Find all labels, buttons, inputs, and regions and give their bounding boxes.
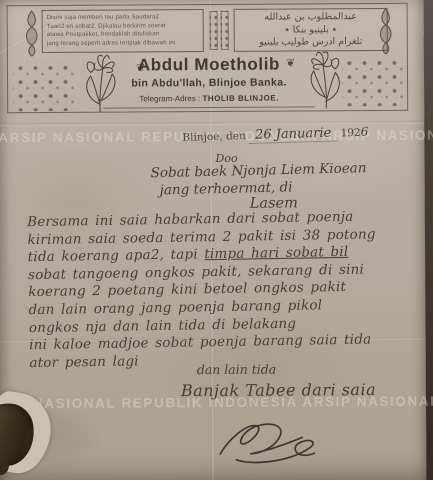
fleur-ornament-right-icon	[376, 7, 396, 55]
telegram-address: Telegram-Adres : THOLIB BLINJOE.	[98, 93, 320, 103]
closing-line: dan lain tida	[197, 362, 277, 377]
date-handwritten: 26 Januarie	[249, 125, 338, 144]
letterhead-rule	[103, 106, 315, 108]
date-printed-prefix: Blinjoe, den	[182, 130, 246, 144]
recipient-name-line: Sobat baek Njonja Liem Kioean	[150, 160, 366, 181]
body-text-underlined: timpa hari sobat bil	[204, 244, 348, 262]
telegram-label: Telegram-Adres :	[139, 94, 200, 103]
jawi-address-box: عبدالمطلوب بن عبدالله ٭ بلينيو بنكا ٭ تل…	[234, 8, 388, 52]
fleur-ornament-left-icon	[22, 9, 42, 57]
sender-subtitle: bin Abdu'llah, Blinjoe Banka.	[98, 76, 320, 89]
ornament-divider	[210, 11, 218, 50]
notice-line: jang terang seperti adres tertjitak diba…	[47, 39, 199, 49]
ornament-divider	[221, 11, 229, 50]
body-text: ator pesan lagi	[29, 353, 139, 371]
telegram-value: THOLIB BLINJOE.	[202, 94, 278, 103]
signature-flourish-icon	[206, 413, 326, 472]
jawi-line: عبدالمطلوب بن عبدالله	[235, 11, 387, 24]
ornament-pattern-left	[13, 61, 75, 111]
year-printed: 192	[340, 127, 360, 140]
letter-paper: Disini saja memberi tau pada Saudara2 Tu…	[0, 0, 426, 480]
jawi-line: ٭ بلينيو بنكا ٭	[235, 23, 387, 36]
closing-salutation: Banjak Tabee dari saia	[181, 380, 376, 400]
year-handwritten: 6	[360, 125, 368, 139]
letter-body: Bersama ini saia habarkan dari sobat poe…	[27, 208, 424, 373]
sender-notice-box: Disini saja memberi tau pada Saudara2 Tu…	[42, 9, 204, 53]
body-text: tida koerang apa2, tapi	[28, 246, 205, 265]
ornament-pattern-right	[342, 56, 404, 106]
document-photo: Disini saja memberi tau pada Saudara2 Tu…	[0, 0, 433, 480]
paper-tear-hole	[0, 387, 58, 480]
letterhead-frame: Disini saja memberi tau pada Saudara2 Tu…	[7, 3, 409, 113]
leaf-sprig-icon: ❦	[286, 56, 295, 69]
